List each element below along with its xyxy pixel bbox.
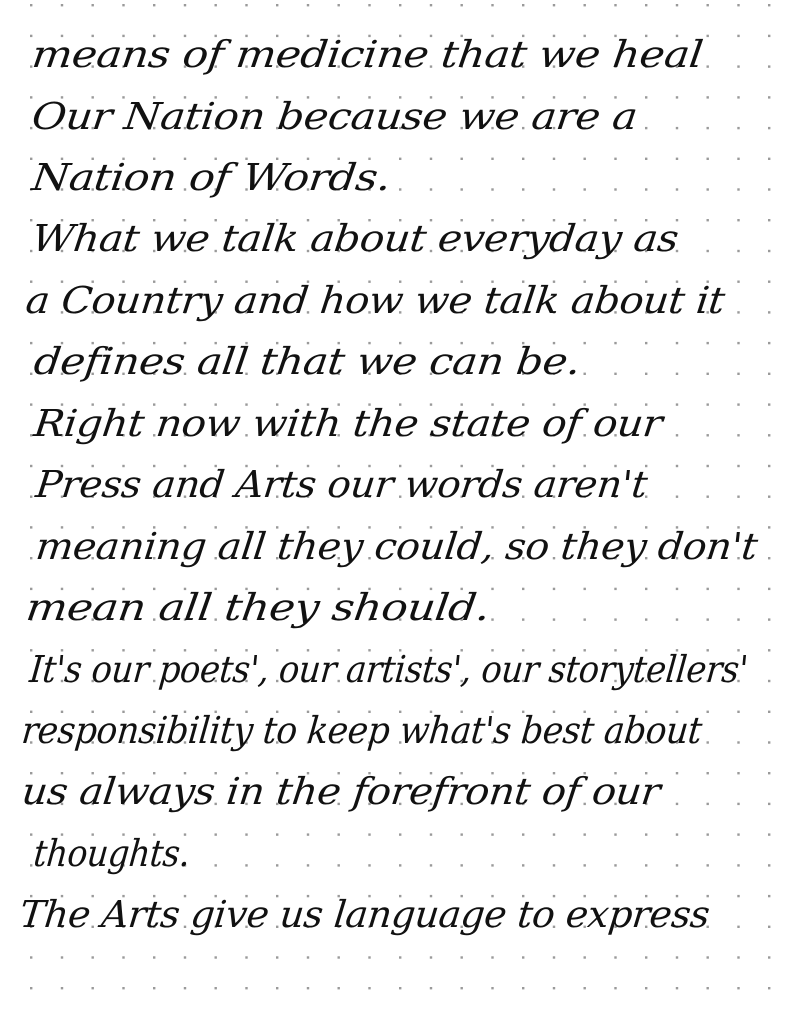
text-line: mean all they should.: [24, 589, 492, 626]
text-line: The Arts give us language to express: [18, 896, 711, 933]
text-line: Our Nation because we are a: [30, 98, 639, 135]
text-line: Press and Arts our words aren't: [34, 466, 649, 503]
text-line: means of medicine that we heal: [30, 36, 705, 73]
text-line: responsibility to keep what's best about: [20, 712, 703, 749]
text-line: defines all that we can be.: [32, 343, 582, 380]
text-line: meaning all they could, so they don't: [34, 528, 759, 565]
text-line: us always in the forefront of our: [20, 773, 662, 810]
text-line: Right now with the state of our: [32, 405, 664, 442]
text-line: Nation of Words.: [30, 159, 393, 196]
text-line: What we talk about everyday as: [30, 220, 680, 257]
handwritten-page: means of medicine that we heal Our Natio…: [0, 0, 802, 1027]
text-line: thoughts.: [32, 835, 191, 872]
text-line: It's our poets', our artists', our story…: [28, 651, 749, 688]
text-line: a Country and how we talk about it: [24, 282, 726, 319]
